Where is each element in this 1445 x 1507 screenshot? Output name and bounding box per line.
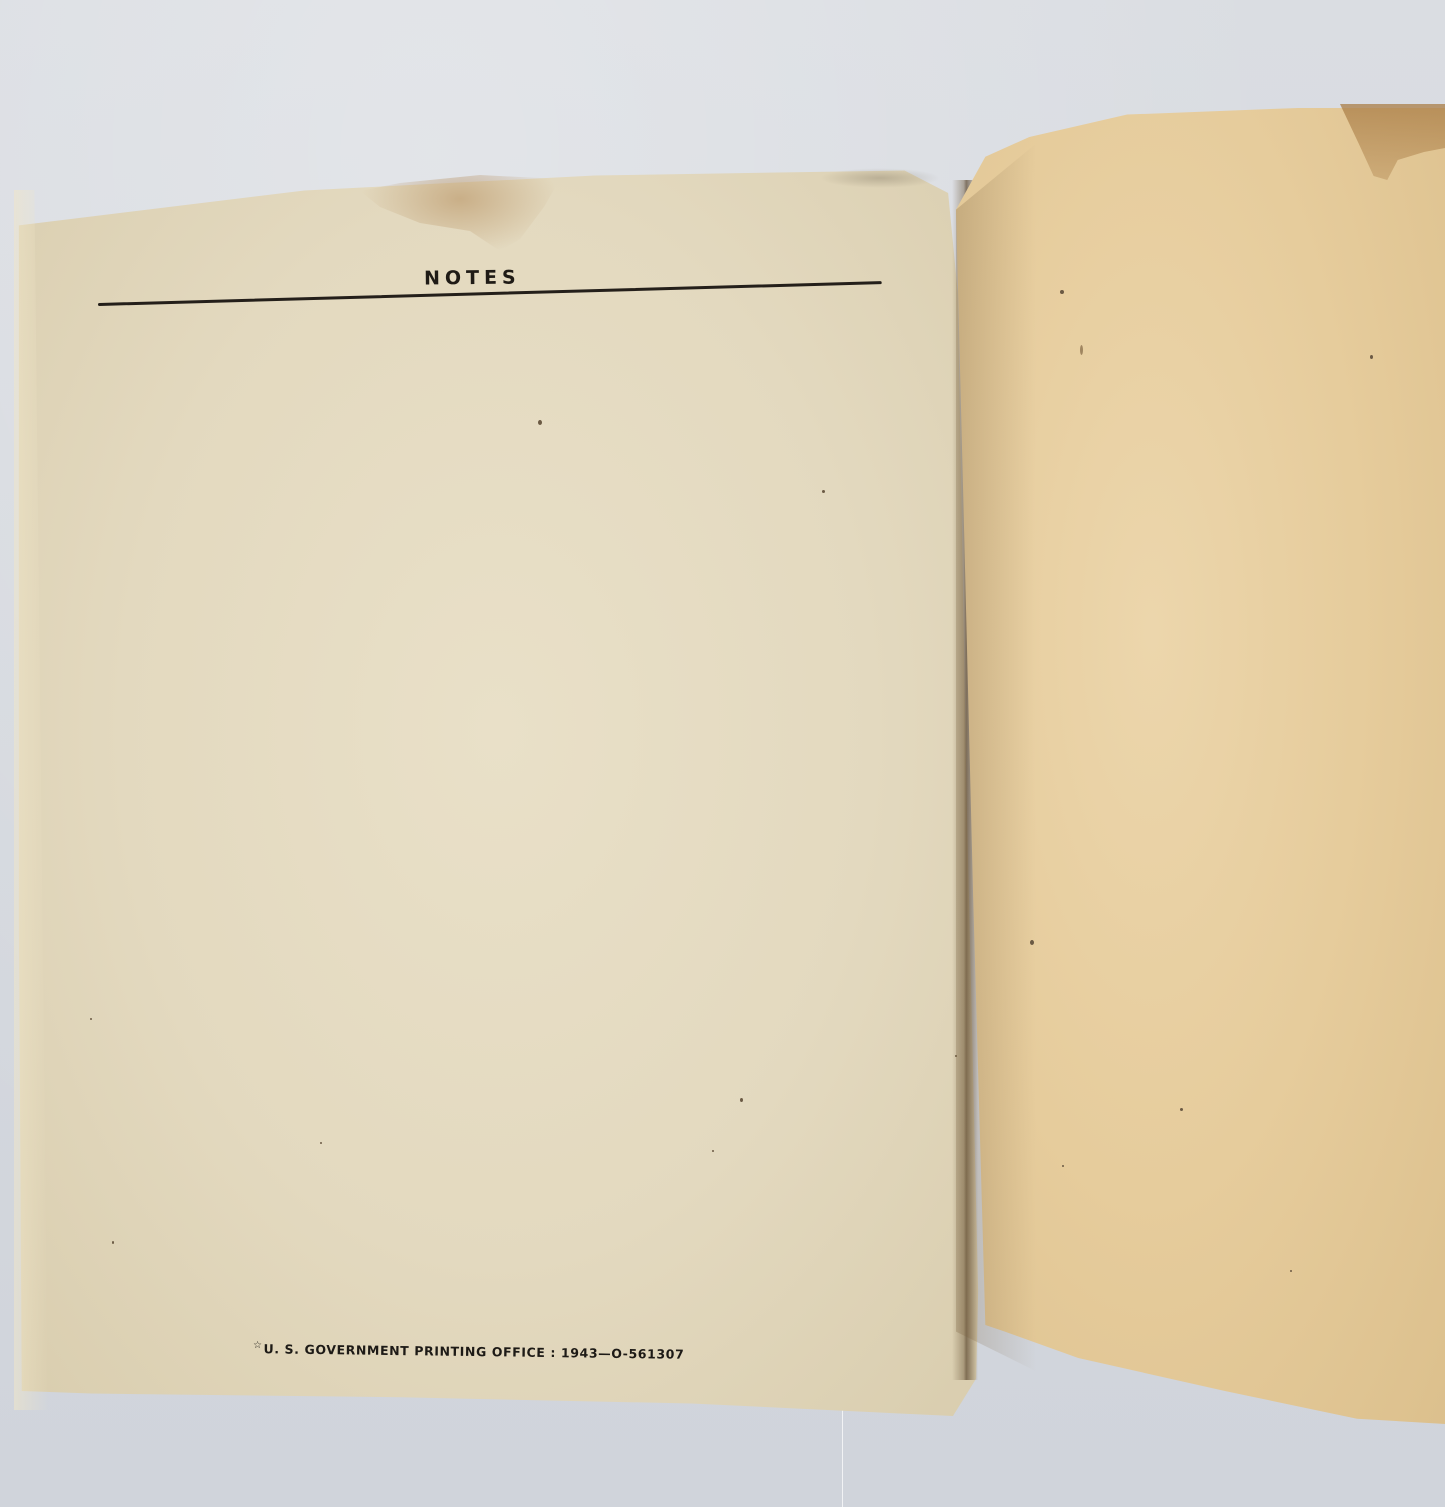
paper-speck [822, 490, 825, 493]
paper-speck [1290, 1270, 1292, 1272]
paper-speck [1180, 1108, 1183, 1111]
paper-speck [1060, 290, 1064, 294]
paper-speck [955, 1055, 957, 1057]
paper-speck [1080, 345, 1083, 355]
paper-speck [712, 1150, 714, 1152]
paper-speck [1370, 355, 1373, 359]
notes-heading: NOTES [424, 266, 521, 289]
paper-speck [740, 1098, 743, 1102]
paper-speck [320, 1142, 322, 1144]
paper-speck [1062, 1165, 1064, 1167]
paper-speck [90, 1018, 92, 1020]
right-page [956, 104, 1445, 1424]
paper-speck [1030, 940, 1034, 945]
table-seam [842, 1405, 843, 1507]
star-icon: ☆ [253, 1340, 263, 1351]
paper-speck [112, 1241, 114, 1244]
paper-speck [538, 420, 542, 425]
left-page [14, 168, 982, 1416]
